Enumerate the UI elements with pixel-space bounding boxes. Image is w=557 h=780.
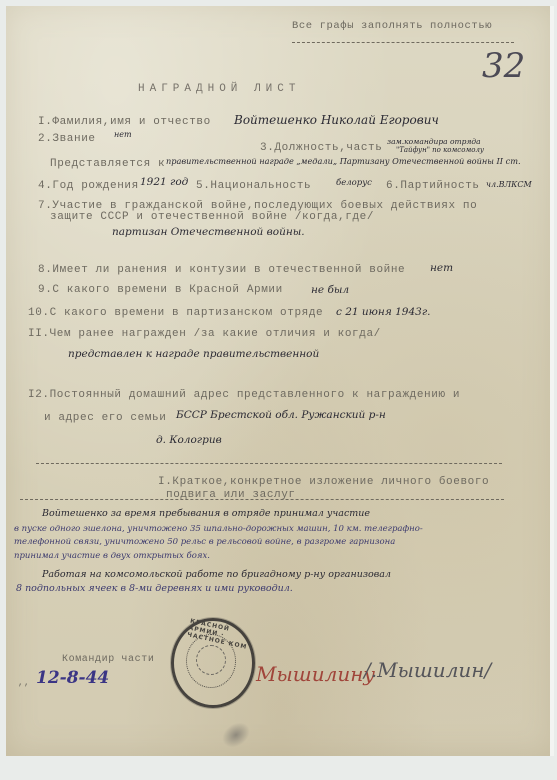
field-4-value: 1921 год: [140, 176, 188, 188]
field-10-label: 10.С какого времени в партизанском отряд…: [28, 307, 323, 319]
field-10-value: с 21 июня 1943г.: [336, 306, 431, 318]
field-9-label: 9.С какого времени в Красной Армии: [38, 284, 283, 296]
field-3-label: 3.Должность,часть: [260, 142, 382, 154]
signing-date: 12-8-44: [36, 668, 109, 688]
award-sheet-page: Все графы заполнять полностью 32 НАГРАДН…: [6, 6, 554, 756]
body-line-4: принимал участие в двух открытых боях.: [14, 551, 210, 561]
body-line-3: телефонной связи, уничтожено 50 рельс в …: [14, 537, 395, 547]
section-divider-bottom: [20, 499, 504, 500]
field-2-value: нет: [114, 130, 132, 139]
field-9-value: не был: [311, 284, 349, 296]
signature-grey: /.Мышилин/: [364, 658, 491, 682]
field-5-label: 5.Национальность: [196, 180, 311, 192]
body-line-2: в пуске одного эшелона, уничтожено 35 шп…: [14, 524, 423, 534]
field-8-label: 8.Имеет ли ранения и контузии в отечеств…: [38, 264, 405, 276]
page-number: 32: [482, 46, 525, 86]
page-edge: [550, 6, 554, 756]
field-4-label: 4.Год рождения: [38, 180, 139, 192]
official-stamp: КРАСНОЙ АРМИИ · ЧАСТНОЕ КОМ: [171, 618, 255, 708]
ink-smudge: [217, 717, 254, 752]
field-3-value-line2: "Тайфун" по комсомолу: [396, 146, 484, 154]
presented-value: правительственной награде „медали„ Парти…: [166, 156, 521, 166]
stamp-emblem: [196, 645, 226, 675]
presented-label: Представляется к: [50, 158, 165, 170]
field-8-value: нет: [430, 262, 453, 274]
commander-label: Командир части: [62, 654, 154, 665]
field-7-label-line2: защите СССР и отечественной войне /когда…: [50, 211, 374, 223]
date-prefix: ,,: [18, 678, 30, 688]
document-title: НАГРАДНОЙ ЛИСТ: [138, 83, 300, 95]
field-12-value-line1: БССР Брестской обл. Ружанский р-н: [176, 409, 386, 421]
body-line-5: Работая на комсомольской работе по брига…: [42, 569, 391, 580]
field-5-value: белорус: [336, 178, 372, 188]
body-line-1: Войтешенко за время пребывания в отряде …: [42, 508, 370, 519]
field-2-label: 2.Звание: [38, 133, 96, 145]
body-line-6: 8 подпольных ячеек в 8-ми деревнях и ими…: [16, 583, 293, 594]
section-divider-top: [36, 463, 502, 464]
field-12-label-line1: I2.Постоянный домашний адрес представлен…: [28, 389, 460, 401]
field-7-value: партизан Отечественной войны.: [112, 226, 305, 238]
field-1-label: I.Фамилия,имя и отчество: [38, 116, 211, 128]
field-6-label: 6.Партийность: [386, 180, 480, 192]
field-12-value-line2: д. Кологрив: [156, 434, 222, 446]
field-6-value: чл.ВЛКСМ: [486, 180, 532, 189]
header-underline: [292, 42, 514, 43]
field-11-label: II.Чем ранее награжден /за какие отличия…: [28, 328, 381, 340]
section-heading-line1: I.Краткое,конкретное изложение личного б…: [158, 476, 489, 488]
field-1-value: Войтешенко Николай Егорович: [234, 113, 439, 127]
field-12-label-line2: и адрес его семьи: [44, 412, 166, 424]
field-11-value: представлен к награде правительственной: [68, 348, 319, 360]
fill-instruction: Все графы заполнять полностью: [292, 20, 492, 32]
signature-red: Мышилину: [256, 662, 375, 686]
field-3-value-line1: зам.командира отряда: [387, 137, 481, 146]
